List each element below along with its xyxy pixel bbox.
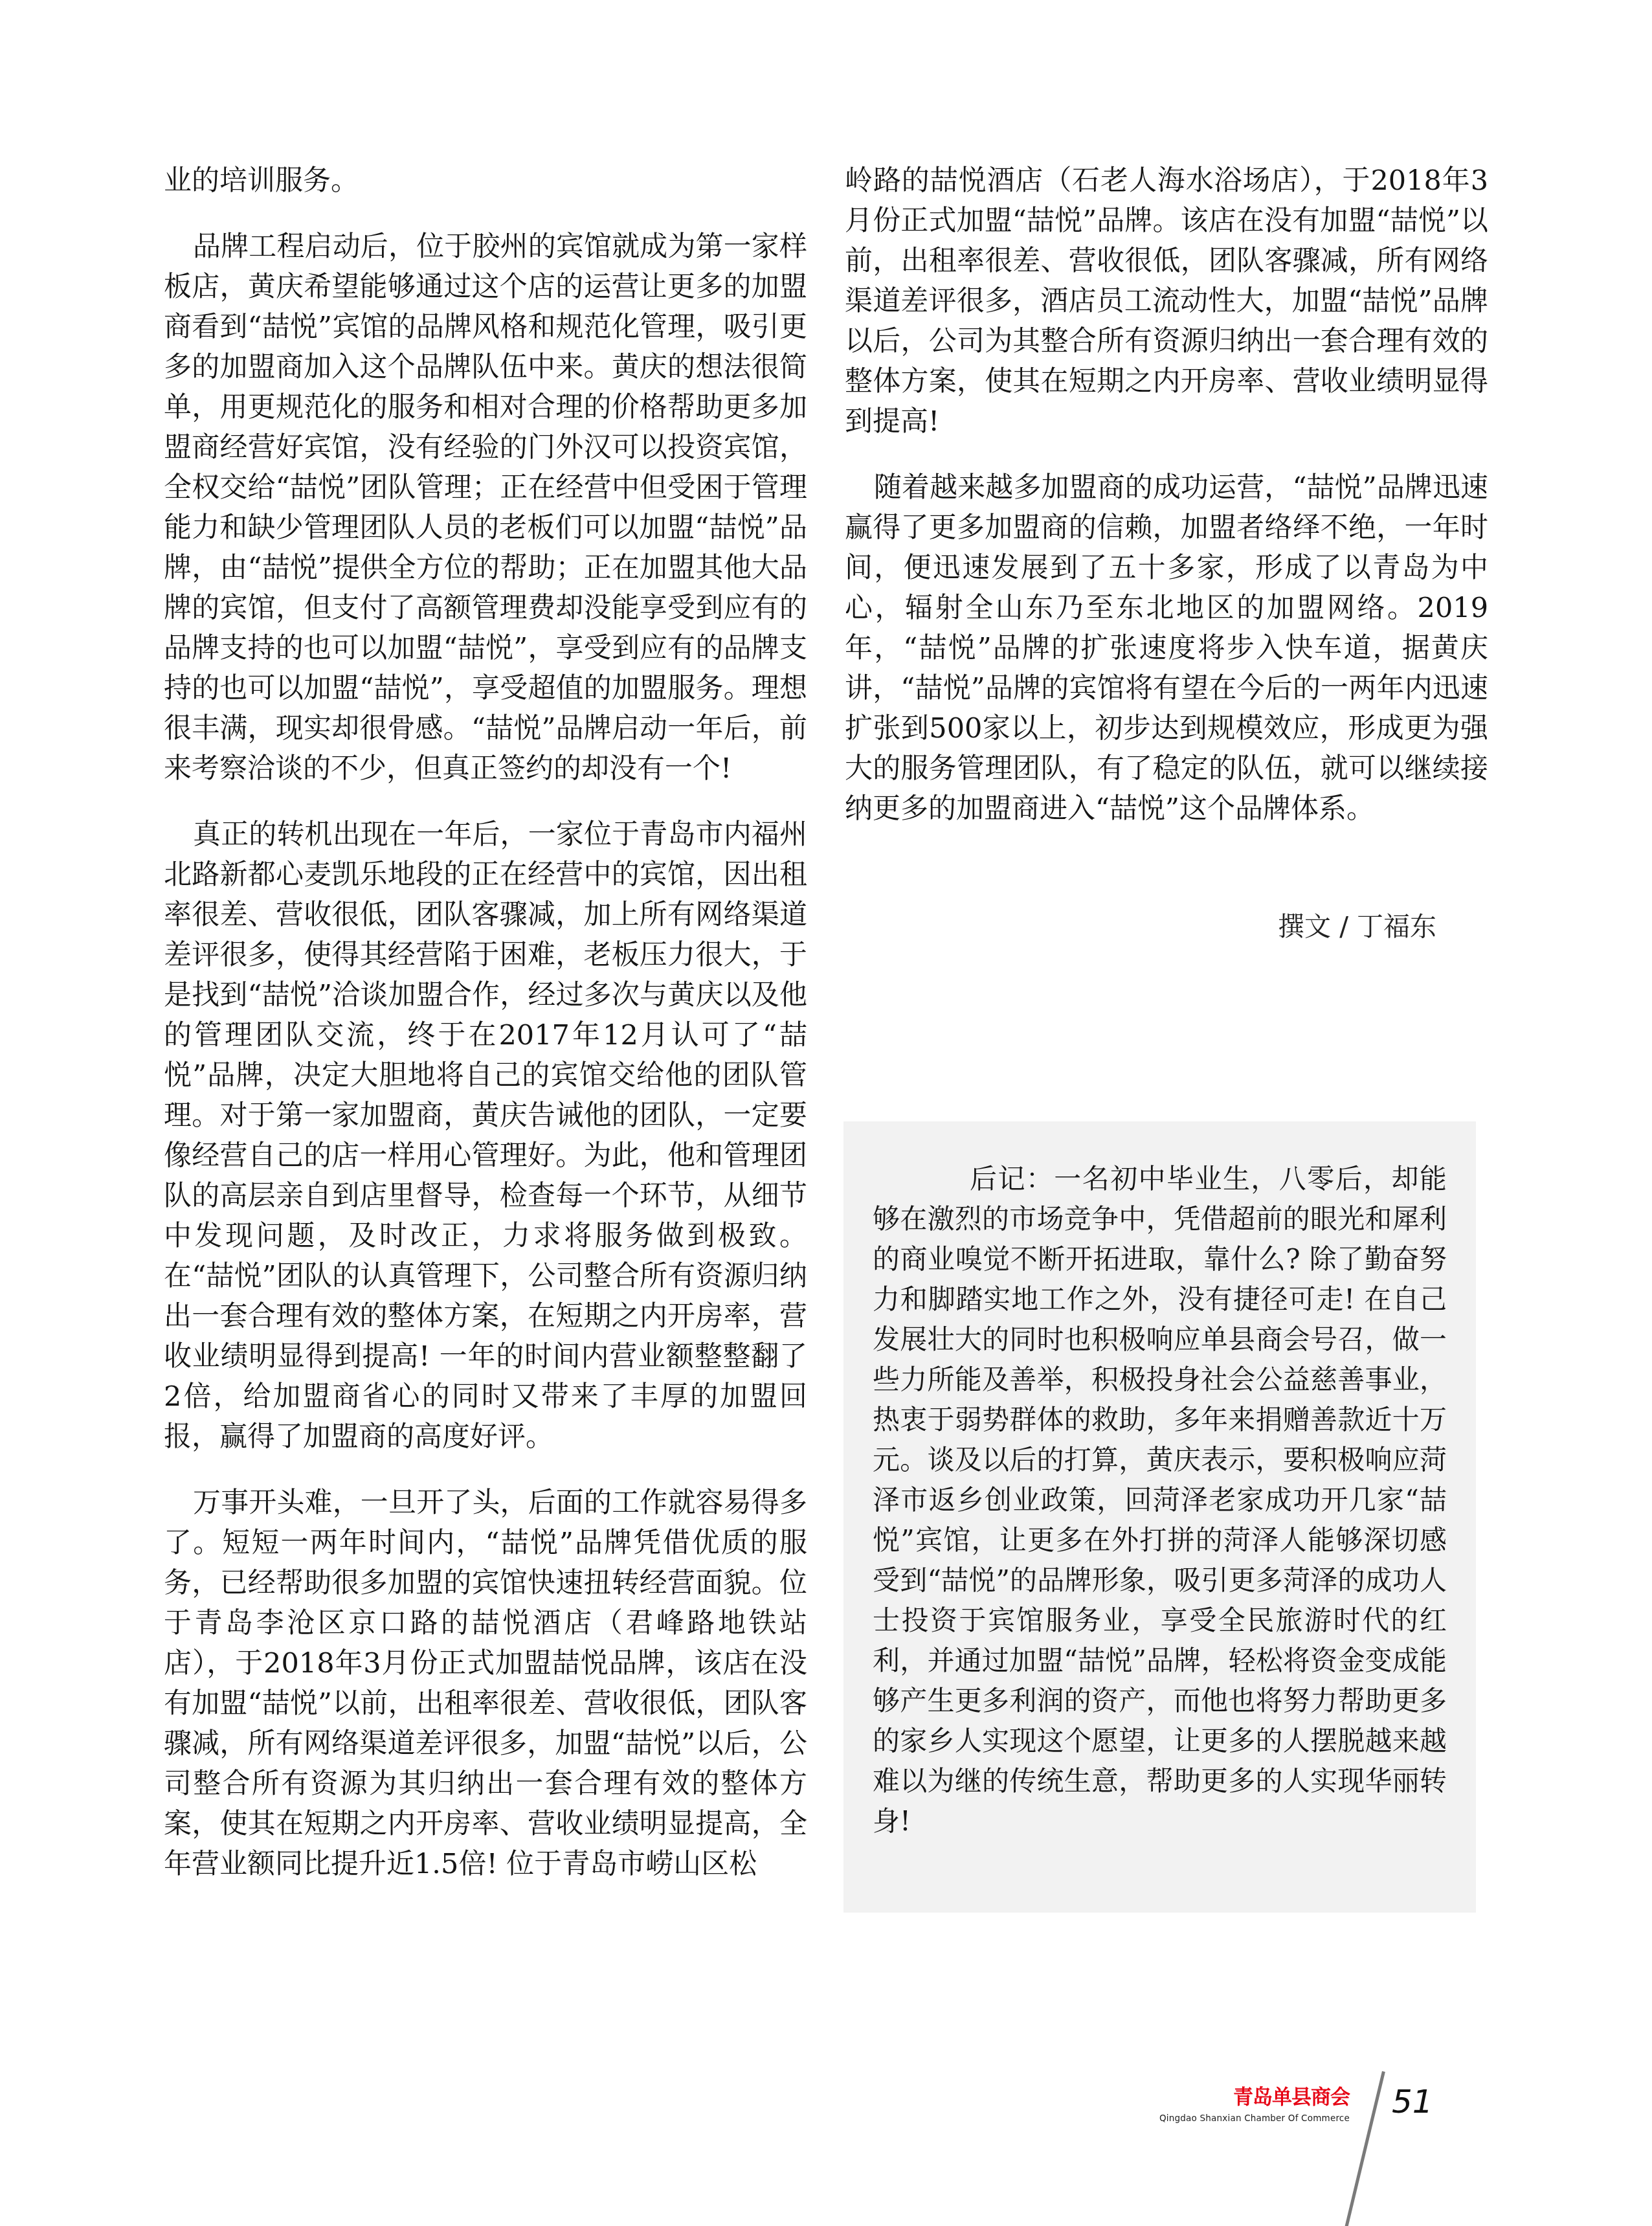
right-text-column: 岭路的喆悦酒店（石老人海水浴场店），于2018年3月份正式加盟“喆悦”品牌。该店… [845, 161, 1488, 1913]
page-number-divider-line [1345, 2071, 1385, 2226]
postscript-box: 后记：一名初中毕业生，八零后，却能够在激烈的市场竞争中，凭借超前的眼光和犀利的商… [843, 1121, 1476, 1913]
postscript-text: 后记：一名初中毕业生，八零后，却能够在激烈的市场竞争中，凭借超前的眼光和犀利的商… [873, 1159, 1447, 1841]
magazine-page: 业的培训服务。 品牌工程启动后，位于胶州的宾馆就成为第一家样板店，黄庆希望能够通… [0, 0, 1652, 2226]
paragraph: 品牌工程启动后，位于胶州的宾馆就成为第一家样板店，黄庆希望能够通过这个店的运营让… [164, 227, 807, 789]
footer-brand: 青岛单县商会 Qingdao Shanxian Chamber Of Comme… [1100, 2086, 1350, 2124]
paragraph: 业的培训服务。 [164, 161, 807, 201]
paragraph: 真正的转机出现在一年后，一家位于青岛市内福州北路新都心麦凯乐地段的正在经营中的宾… [164, 815, 807, 1457]
chamber-name-chinese: 青岛单县商会 [1100, 2086, 1350, 2108]
chamber-name-english: Qingdao Shanxian Chamber Of Commerce [1100, 2113, 1350, 2124]
paragraph: 岭路的喆悦酒店（石老人海水浴场店），于2018年3月份正式加盟“喆悦”品牌。该店… [845, 161, 1488, 442]
paragraph: 万事开头难，一旦开了头，后面的工作就容易得多了。短短一两年时间内，“喆悦”品牌凭… [164, 1483, 807, 1884]
author-byline: 撰文 / 丁福东 [845, 906, 1436, 947]
paragraph: 随着越来越多加盟商的成功运营，“喆悦”品牌迅速赢得了更多加盟商的信赖，加盟者络绎… [845, 467, 1488, 829]
page-number: 51 [1392, 2084, 1433, 2120]
left-text-column: 业的培训服务。 品牌工程启动后，位于胶州的宾馆就成为第一家样板店，黄庆希望能够通… [164, 161, 807, 1910]
